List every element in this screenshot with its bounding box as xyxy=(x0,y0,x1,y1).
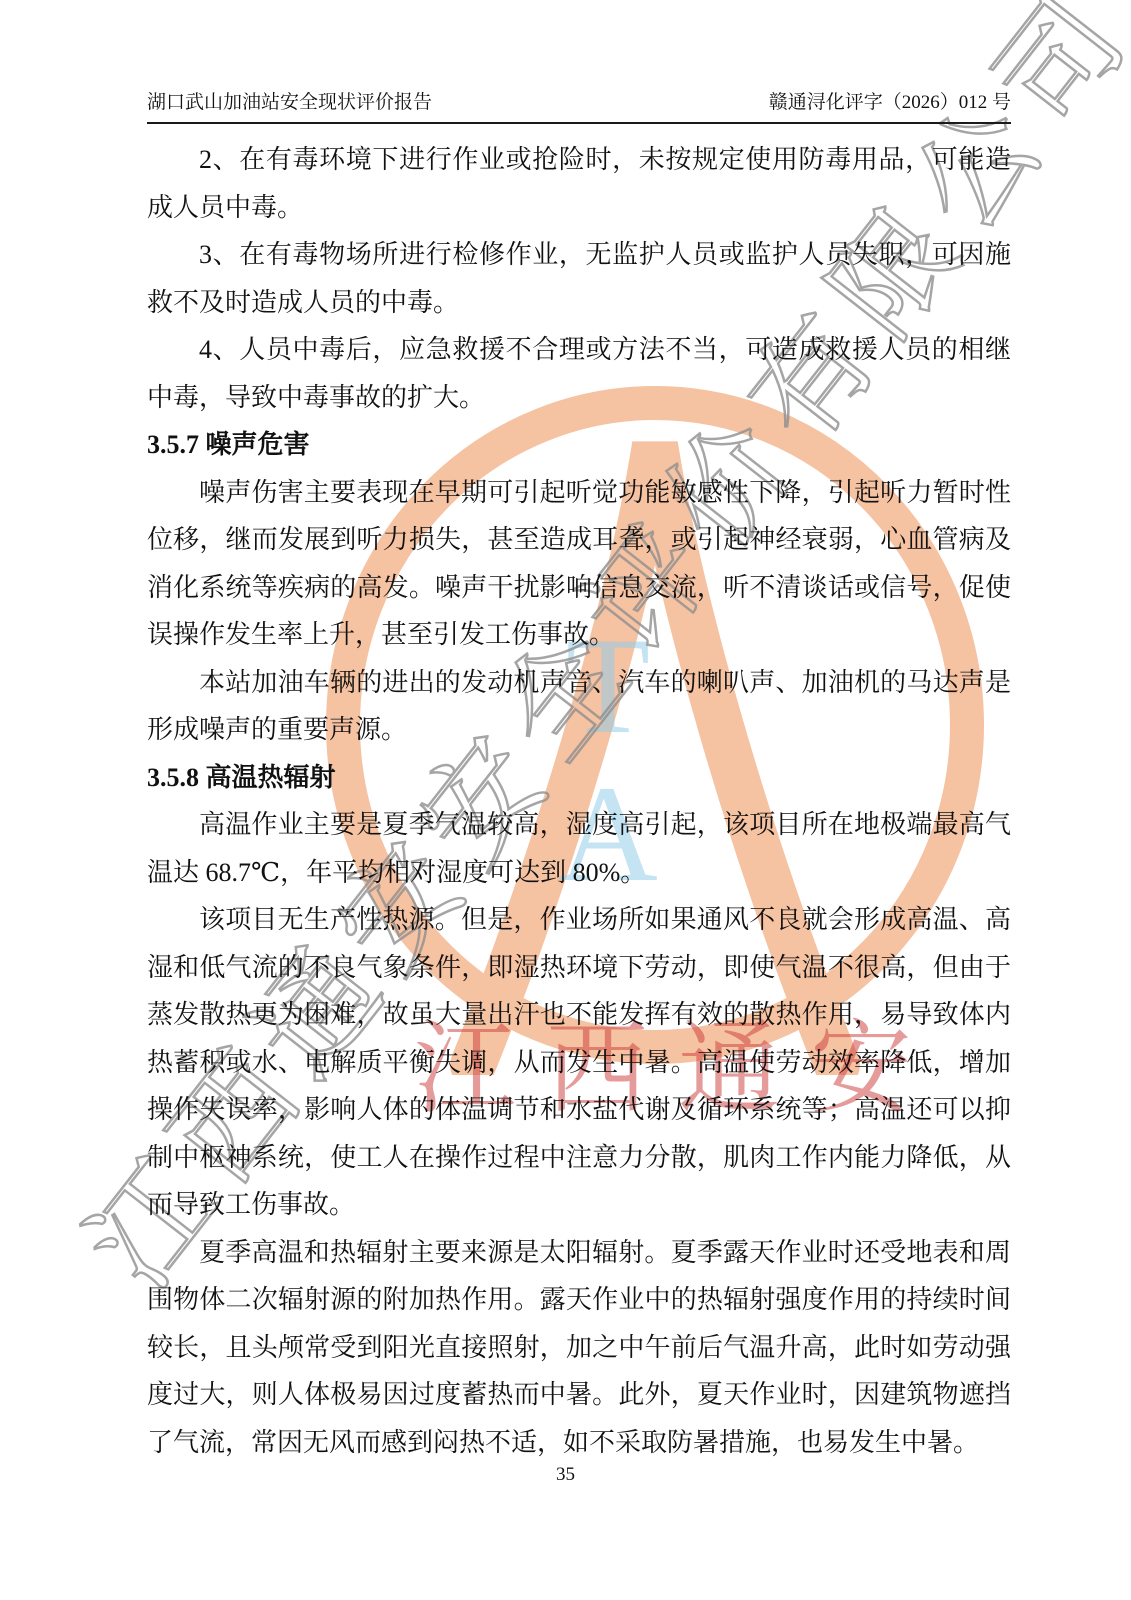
page-number: 35 xyxy=(0,1464,1131,1486)
paragraph: 本站加油车辆的进出的发动机声音、汽车的喇叭声、加油机的马达声是形成噪声的重要声源… xyxy=(147,659,1011,754)
header-document-number: 赣通浔化评字（2026）012 号 xyxy=(769,90,1011,116)
paragraph: 3、在有毒物场所进行检修作业，无监护人员或监护人员失职，可因施救不及时造成人员的… xyxy=(147,231,1011,326)
document-body: 2、在有毒环境下进行作业或抢险时，未按规定使用防毒用品，可能造成人员中毒。 3、… xyxy=(147,136,1011,1466)
paragraph: 该项目无生产性热源。但是，作业场所如果通风不良就会形成高温、高湿和低气流的不良气… xyxy=(147,896,1011,1229)
document-page: TA 江西通安安全评价有限公司 江西通安 湖口武山加油站安全现状评价报告 赣通浔… xyxy=(0,0,1131,1600)
paragraph: 2、在有毒环境下进行作业或抢险时，未按规定使用防毒用品，可能造成人员中毒。 xyxy=(147,136,1011,231)
paragraph: 4、人员中毒后，应急救援不合理或方法不当，可造成救援人员的相继中毒，导致中毒事故… xyxy=(147,326,1011,421)
header-report-title: 湖口武山加油站安全现状评价报告 xyxy=(147,90,432,116)
paragraph: 噪声伤害主要表现在早期可引起听觉功能敏感性下降，引起听力暂时性位移，继而发展到听… xyxy=(147,469,1011,659)
section-heading-3-5-7: 3.5.7 噪声危害 xyxy=(147,421,1011,469)
page-header: 湖口武山加油站安全现状评价报告 赣通浔化评字（2026）012 号 xyxy=(147,90,1011,124)
paragraph: 夏季高温和热辐射主要来源是太阳辐射。夏季露天作业时还受地表和周围物体二次辐射源的… xyxy=(147,1229,1011,1467)
section-heading-3-5-8: 3.5.8 高温热辐射 xyxy=(147,754,1011,802)
paragraph: 高温作业主要是夏季气温较高，湿度高引起，该项目所在地极端最高气温达 68.7℃，… xyxy=(147,801,1011,896)
